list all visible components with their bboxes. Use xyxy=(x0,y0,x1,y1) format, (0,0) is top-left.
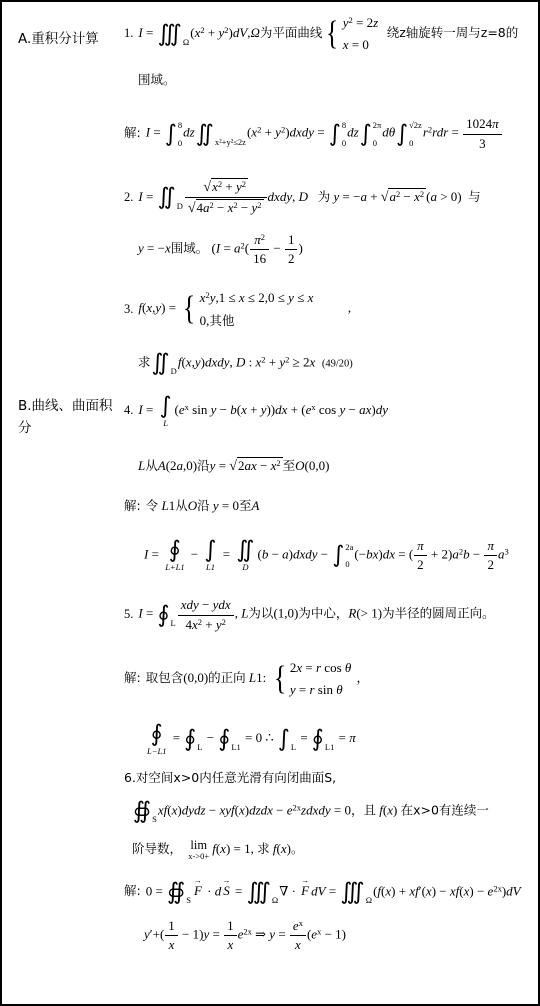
superscript: 2 xyxy=(257,200,261,210)
lower-limit: S xyxy=(152,815,157,824)
problem-2-statement: 2.I = ∬D√x2 + y2√4a2 − x2 − y2dxdy, D 为 … xyxy=(118,178,538,218)
math-text: ) − xyxy=(469,883,487,898)
under-limit-operator: ∬D xyxy=(236,539,254,572)
cases-bracket: {2x = r cos θy = r sin θ xyxy=(272,657,352,701)
math-text: (− xyxy=(354,547,366,562)
math-var: A xyxy=(252,498,260,513)
math-var: x xyxy=(308,290,314,305)
math-text: sin xyxy=(315,682,337,697)
math-text: = xyxy=(143,189,157,204)
operator-glyph: ∫ xyxy=(165,123,177,146)
operator-glyph: ∭ xyxy=(247,881,271,904)
math-text: − xyxy=(199,597,213,612)
math-text: + xyxy=(266,354,280,369)
lower-limit: Ω xyxy=(366,896,372,905)
big-operator: ∫2π0 xyxy=(360,121,382,147)
math-text: = xyxy=(169,730,183,745)
vector-body: F xyxy=(194,883,202,898)
operator-glyph: ∮ xyxy=(158,604,170,627)
problem-3-statement: 3.f(x,y) = {x2y,1 ≤ x ≤ 2,0 ≤ y ≤ x0,其他 … xyxy=(118,287,538,331)
denominator: x xyxy=(224,936,237,953)
case-row: x = 0 xyxy=(343,34,378,56)
under-limit-operator: ∮L−L1 xyxy=(147,723,166,756)
radicand: 2ax − x2 xyxy=(237,457,283,474)
big-operator: ∯S xyxy=(133,798,157,825)
integral-limits: L1 xyxy=(231,726,240,753)
math-var: ax xyxy=(359,402,371,417)
cjk-text: 6.对空间x>0内任意光滑有向闭曲面S, xyxy=(124,770,336,785)
integral-limits: 2π0 xyxy=(373,121,382,147)
cjk-text: 阶导数， xyxy=(132,841,182,856)
under-limit-operator: ∫L xyxy=(160,395,172,428)
integral-limits: L1 xyxy=(325,726,334,753)
denominator: 3 xyxy=(463,135,502,152)
lower-limit: 0 xyxy=(342,139,346,148)
fraction: 12 xyxy=(285,232,298,268)
math-var: dV xyxy=(506,883,520,898)
math-var: dV xyxy=(233,25,247,40)
math-text: cos xyxy=(321,660,345,675)
vector-arrow-icon: → xyxy=(301,877,309,885)
math-text: + xyxy=(367,189,381,204)
numerator: ex xyxy=(290,918,306,936)
numerator: π xyxy=(414,538,427,556)
math-text: = 0 xyxy=(331,802,351,817)
upper-limit: 2a xyxy=(345,543,353,552)
math-text: = xyxy=(148,547,162,562)
fraction: 1024π3 xyxy=(463,116,502,152)
big-operator: ∮L1 xyxy=(312,726,334,753)
fraction: exx xyxy=(290,918,306,954)
math-text: − xyxy=(270,241,284,256)
vector-arrow-icon: → xyxy=(194,877,202,885)
under-limit: x->0+ xyxy=(188,852,209,861)
radicand: a2 − x2 xyxy=(388,188,426,205)
math-text: 1: xyxy=(256,670,269,685)
left-brace-icon: { xyxy=(183,295,195,324)
operator-glyph: ∮ xyxy=(312,728,324,751)
integral-limits: S xyxy=(152,798,157,825)
math-text: 1024 xyxy=(466,116,492,131)
math-text: ∇ · xyxy=(279,883,299,898)
lower-limit: L xyxy=(291,743,296,752)
math-var: D xyxy=(236,354,245,369)
math-text: > 0) xyxy=(437,189,462,204)
math-text: = 0 ∴ xyxy=(242,730,277,745)
math-text: = xyxy=(335,730,349,745)
math-var: dxdy xyxy=(290,125,315,140)
lower-limit: 0 xyxy=(178,139,182,148)
cjk-text: 为以 xyxy=(248,606,273,621)
math-var: O xyxy=(188,498,197,513)
integral-limits: S xyxy=(186,879,191,906)
section-b-content: 4.I = ∫L(ex sin y − b(x + y))dx + (ex co… xyxy=(118,389,538,954)
denominator: 4x2 + y2 xyxy=(178,616,234,633)
cjk-text: 取包含 xyxy=(146,670,184,685)
math-text: = xyxy=(150,125,164,140)
problem-6-statement: 6.对空间x>0内任意光滑有向闭曲面S, xyxy=(118,770,538,786)
math-text: = xyxy=(143,25,157,40)
integral-limits: 80 xyxy=(178,121,182,147)
operator-glyph: ∫ xyxy=(360,123,372,146)
math-text: cos xyxy=(316,402,340,417)
problem-6-equation: ∯Sxf(x)dydz − xyf(x)dzdx − e2xzdxdy = 0，… xyxy=(118,798,538,825)
math-text: = xyxy=(143,402,157,417)
math-text: − 1) xyxy=(321,927,346,942)
big-operator: ∯S xyxy=(167,879,191,906)
case-row: 2x = r cos θ xyxy=(290,657,351,679)
math-var: D xyxy=(299,189,308,204)
problem-2-region-answer: y = −x围域。 (I = a2(π216 − 12) xyxy=(118,232,538,268)
big-operator: ∮L xyxy=(158,602,176,629)
upper-limit: 8 xyxy=(178,121,182,130)
math-text: = 0 xyxy=(219,498,239,513)
big-operator: ∫2a0 xyxy=(332,543,353,569)
numerator: π xyxy=(484,538,497,556)
solution-5-setup: 解:取包含(0,0)的正向 L1: {2x = r cos θy = r sin… xyxy=(118,657,538,701)
problem-4-path: L从A(2a,0)沿y = √2ax − x2至O(0,0) xyxy=(118,457,538,476)
math-text: ) = xyxy=(161,301,179,316)
math-text: = 0 xyxy=(349,37,369,52)
superscript: x xyxy=(299,918,303,928)
lower-limit: L1 xyxy=(325,743,334,752)
superscript: 2 xyxy=(222,617,226,627)
fraction: √x2 + y2√4a2 − x2 − y2 xyxy=(185,178,267,218)
operator-glyph: ∫ xyxy=(160,395,172,418)
operator-glyph: ∯ xyxy=(167,881,185,904)
section-multiple-integrals: A.重积分计算 1.I = ∭Ω(x2 + y2)dV,Ω为平面曲线{y2 = … xyxy=(2,2,538,389)
vector-body: S xyxy=(223,883,230,898)
operator-glyph: ∬ xyxy=(196,123,214,146)
math-text: − xyxy=(470,547,484,562)
solution-4-setup: 解:令 L1从O沿 y = 0至A xyxy=(118,498,538,514)
vector: →S xyxy=(223,883,230,899)
math-text: − xyxy=(400,189,414,204)
radicand: 4a2 − x2 − y2 xyxy=(196,199,264,216)
integral-limits: √2z0 xyxy=(409,121,422,147)
cjk-text: 沿 xyxy=(197,498,210,513)
math-text: + ( xyxy=(287,402,305,417)
cjk-text: 为中心， xyxy=(298,606,348,621)
math-text: ) xyxy=(298,241,302,256)
big-operator: ∬x²+y²≤2z xyxy=(196,121,246,148)
vector-body: F xyxy=(301,883,309,898)
under-limit-operator: ∮L+L1 xyxy=(165,539,184,572)
integral-limits: 2a0 xyxy=(345,543,353,569)
math-text: · xyxy=(204,883,215,898)
solution-4-computation: I = ∮L+L1 − ∫L1 = ∬D(b − a)dxdy − ∫2a0(−… xyxy=(118,538,538,574)
solution-6-ode: y′+(1x − 1)y = 1xe2x ⇒ y = exx(ex − 1) xyxy=(118,918,538,954)
math-text: 16 xyxy=(253,251,266,266)
math-text: = 2 xyxy=(353,15,373,30)
big-operator: ∮L xyxy=(184,726,202,753)
math-var: dx xyxy=(383,547,395,562)
math-var: zdxdy xyxy=(301,802,331,817)
solution-1: 解:I = ∫80dz∬x²+y²≤2z(x2 + y2)dxdy = ∫80d… xyxy=(118,116,538,152)
case-row: y = r sin θ xyxy=(290,679,351,701)
section-a-label: A.重积分计算 xyxy=(2,2,118,377)
radical-sign: √ xyxy=(203,179,211,197)
cjk-text: 至 xyxy=(283,458,296,473)
problem-6-condition: 阶导数， limx->0+f(x) = 1, 求 f(x)。 xyxy=(118,839,538,861)
math-text: = xyxy=(220,241,234,256)
math-text: + 2) xyxy=(428,547,453,562)
math-var: xf xyxy=(158,802,167,817)
math-var: x xyxy=(169,937,175,952)
integral-limits: Ω xyxy=(272,879,278,906)
operator-glyph: ∭ xyxy=(340,881,364,904)
under-limit: L−L1 xyxy=(147,747,166,756)
math-text: = xyxy=(448,125,462,140)
math-var: xf xyxy=(450,883,459,898)
cjk-text: 。 xyxy=(291,841,304,856)
math-text: (0,0) xyxy=(183,670,208,685)
cjk-text: 为平面曲线 xyxy=(260,25,323,40)
math-text xyxy=(308,189,318,204)
math-text: = − xyxy=(339,189,360,204)
radical-sign: √ xyxy=(229,458,237,476)
math-var: rdr xyxy=(432,125,448,140)
fraction: xdy − ydx4x2 + y2 xyxy=(178,597,234,633)
big-operator: ∫L xyxy=(278,726,296,753)
lower-limit: L1 xyxy=(231,743,240,752)
integral-limits: Ω xyxy=(366,879,372,906)
big-operator: ∫80 xyxy=(329,121,346,147)
superscript: 2 xyxy=(261,232,265,242)
numerator: π2 xyxy=(250,232,269,250)
math-text: = xyxy=(296,682,310,697)
math-var: d xyxy=(215,883,222,898)
math-var: π xyxy=(417,538,424,553)
math-text: (1,0) xyxy=(273,606,298,621)
operator-glyph: ∬ xyxy=(236,539,254,562)
case-rows: y2 = 2zx = 0 xyxy=(343,12,378,56)
math-text: = xyxy=(326,883,340,898)
math-var: bx xyxy=(366,547,378,562)
case-rows: x2y,1 ≤ x ≤ 2,0 ≤ y ≤ x0,其他 xyxy=(200,287,314,331)
big-operator: ∮L1 xyxy=(218,726,240,753)
math-text: + xyxy=(202,617,216,632)
math-text: − xyxy=(268,547,282,562)
cjk-text: ， xyxy=(357,670,370,685)
math-text: − xyxy=(214,200,228,215)
math-text: ) = 1 xyxy=(226,841,251,856)
math-text: (> 1) xyxy=(356,606,382,621)
math-text: = xyxy=(275,927,289,942)
math-text: − 1) xyxy=(179,927,204,942)
vector: →F xyxy=(301,883,309,899)
superscript: 2 xyxy=(276,458,280,468)
item-marker: 解: xyxy=(124,883,141,899)
denominator: 2 xyxy=(484,556,497,573)
superscript: 2x xyxy=(243,927,252,937)
left-brace-icon: { xyxy=(274,665,286,694)
math-text: ) − xyxy=(432,883,450,898)
math-var: dy xyxy=(376,402,388,417)
under-limit: L1 xyxy=(206,563,215,572)
numerator: xdy − ydx xyxy=(178,597,234,615)
case-row: 0,其他 xyxy=(200,310,314,332)
operator-glyph: ∫ xyxy=(396,123,408,146)
operator-glyph: ∬ xyxy=(158,186,176,209)
math-text: ,0) xyxy=(183,458,197,473)
big-operator: ∬D xyxy=(152,350,177,377)
integral-limits: L xyxy=(291,726,296,753)
operator-glyph: ∫ xyxy=(278,728,290,751)
math-var: dz xyxy=(183,125,195,140)
math-var: ydx xyxy=(213,597,231,612)
cases-bracket: {y2 = 2zx = 0 xyxy=(324,12,378,56)
math-text: 3 xyxy=(479,136,486,151)
fraction: 1x xyxy=(224,918,237,954)
operator-glyph: ∭ xyxy=(158,23,182,46)
fraction: π2 xyxy=(484,538,497,574)
item-marker: 1. xyxy=(124,26,133,42)
problem-1-region: 围域。 xyxy=(118,72,538,88)
under-limit: L xyxy=(163,419,168,428)
lower-limit: 0 xyxy=(409,139,422,148)
cjk-text: 求 xyxy=(257,841,270,856)
math-text: = ( xyxy=(395,547,413,562)
solution-6-divergence: 解:0 = ∯S→F · d→S = ∭Ω∇ · →FdV = ∭Ω(f(x) … xyxy=(118,879,538,906)
item-marker: 2. xyxy=(124,190,133,206)
math-var: dxdy xyxy=(205,354,230,369)
math-var: dz xyxy=(347,125,359,140)
big-operator: ∭Ω xyxy=(158,21,190,48)
case-row: y2 = 2z xyxy=(343,12,378,34)
problem-4-statement: 4.I = ∫L(ex sin y − b(x + y))dx + (ex co… xyxy=(118,395,538,428)
math-var: xyf xyxy=(219,802,234,817)
numerator: 1024π xyxy=(463,116,502,134)
item-marker: 解: xyxy=(124,670,141,686)
superscript: 2x xyxy=(293,802,302,812)
operator-glyph: ∮ xyxy=(169,539,181,562)
integral-limits: L xyxy=(197,726,202,753)
math-text: = xyxy=(215,458,229,473)
under-limit-operator: ∫L1 xyxy=(204,539,216,572)
superscript: 3 xyxy=(504,547,508,557)
cjk-text: 其他 xyxy=(209,313,234,328)
math-text: + xyxy=(261,125,275,140)
big-operator: ∬D xyxy=(158,184,183,211)
lower-limit: Ω xyxy=(183,38,189,47)
math-text: = xyxy=(314,125,328,140)
big-operator: ∫80 xyxy=(165,121,182,147)
vector: →F xyxy=(194,883,202,899)
math-var: dxdy xyxy=(268,189,293,204)
math-var: θ xyxy=(345,660,351,675)
math-var: dxdy xyxy=(293,547,318,562)
upper-limit: 8 xyxy=(342,121,346,130)
math-text: 1 xyxy=(227,918,234,933)
math-text: ⇒ xyxy=(252,927,269,942)
math-text: = xyxy=(143,606,157,621)
math-text: : xyxy=(245,354,255,369)
math-var: L xyxy=(161,498,168,513)
operator-glyph: ∫ xyxy=(329,123,341,146)
item-marker: 解: xyxy=(124,498,141,514)
math-text: ,1 ≤ xyxy=(215,290,238,305)
math-text: ≥ 2 xyxy=(289,354,309,369)
problem-3-integral: 求∬Df(x,y)dxdy, D : x2 + y2 ≥ 2x (49/20) xyxy=(118,350,538,377)
under-limit-operator: limx->0+ xyxy=(188,839,209,861)
denominator: √4a2 − x2 − y2 xyxy=(185,198,267,218)
numerator: 1 xyxy=(165,918,178,936)
lower-limit: 0 xyxy=(345,560,353,569)
math-var: θ xyxy=(336,682,342,697)
math-text: = xyxy=(232,883,246,898)
cjk-text: 从 xyxy=(145,458,158,473)
cjk-text: 沿 xyxy=(197,458,210,473)
math-var: dθ xyxy=(382,125,395,140)
cjk-text: 求 xyxy=(138,354,151,369)
denominator: x xyxy=(165,936,178,953)
math-text: − xyxy=(188,547,202,562)
denominator: 2 xyxy=(414,556,427,573)
math-text: = xyxy=(219,547,233,562)
item-marker: 解: xyxy=(124,125,141,141)
math-text: ( xyxy=(245,241,249,256)
math-var: O xyxy=(295,458,304,473)
math-text: (2 xyxy=(166,458,177,473)
math-text: ) + xyxy=(391,883,409,898)
math-text: 2 xyxy=(288,251,295,266)
cjk-text: ，且 xyxy=(351,802,376,817)
lower-limit: Ω xyxy=(272,896,278,905)
cjk-text: 围域。 xyxy=(138,72,176,87)
math-var: ax xyxy=(244,458,256,473)
lower-limit: D xyxy=(177,202,183,211)
denominator: x xyxy=(290,936,306,953)
integral-limits: 80 xyxy=(342,121,346,147)
cjk-text: 在x>0有连续一 xyxy=(401,802,489,817)
under-limit: L+L1 xyxy=(165,563,184,572)
math-var: dydz xyxy=(182,802,206,817)
problem-5-statement: 5.I = ∮Lxdy − ydx4x2 + y2, L为以(1,0)为中心，R… xyxy=(118,597,538,633)
math-var: Ω xyxy=(251,25,260,40)
math-text: − xyxy=(206,802,220,817)
math-text: ( xyxy=(208,241,216,256)
math-text: = xyxy=(209,927,223,942)
math-text: − xyxy=(216,402,230,417)
math-text: 0, xyxy=(200,313,210,328)
operator-glyph: ∬ xyxy=(152,352,170,375)
lower-limit: S xyxy=(186,896,191,905)
math-var: π xyxy=(487,538,494,553)
superscript: 2 xyxy=(420,189,424,199)
math-var: dV xyxy=(311,883,325,898)
math-text: + xyxy=(247,402,261,417)
math-text: + xyxy=(205,25,219,40)
math-var: π xyxy=(349,730,356,745)
superscript: 2 xyxy=(242,179,246,189)
math-text: − xyxy=(345,402,359,417)
upper-limit: 2π xyxy=(373,121,382,130)
item-marker: 4. xyxy=(124,403,133,419)
square-root: √a2 − x2 xyxy=(381,188,426,207)
cases-bracket: {x2y,1 ≤ x ≤ 2,0 ≤ y ≤ x0,其他 xyxy=(181,287,313,331)
section-b-label: B.曲线、曲面积分 xyxy=(2,389,118,954)
math-text: 2 xyxy=(417,557,424,572)
math-text: )) xyxy=(266,402,275,417)
math-text: sin xyxy=(189,402,211,417)
math-text: = − xyxy=(144,241,165,256)
section-curve-surface-integrals: B.曲线、曲面积分 4.I = ∫L(ex sin y − b(x + y))d… xyxy=(2,389,538,954)
math-var: π xyxy=(492,116,499,131)
radicand: x2 + y2 xyxy=(211,178,248,195)
operator-glyph: ∮ xyxy=(184,728,196,751)
math-text: (0,0) xyxy=(305,458,330,473)
